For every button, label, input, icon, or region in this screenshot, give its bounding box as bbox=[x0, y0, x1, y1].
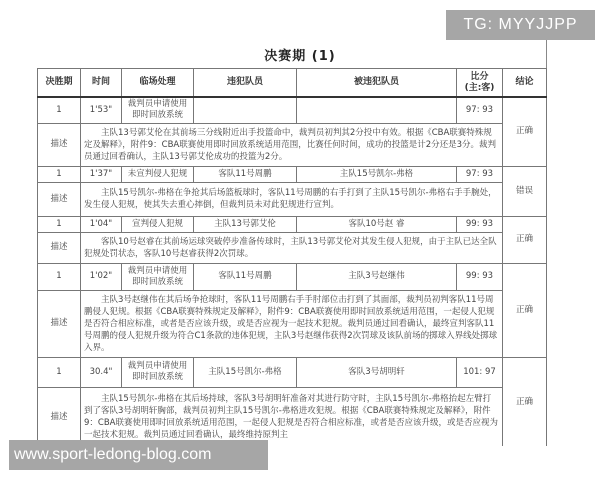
col-header-action: 临场处理 bbox=[122, 69, 194, 98]
description-row: 描述 客队10号赵睿在其前场运球突破停步准备传球时，主队13号郭艾伦对其发生侵人… bbox=[38, 232, 547, 263]
table-header-row: 决胜期 时间 临场处理 违犯队员 被违犯队员 比分 (主:客) 结论 bbox=[38, 69, 547, 98]
cell-victim: 主队15号凯尔-弗格 bbox=[297, 166, 457, 182]
cell-action: 未宣判侵人犯规 bbox=[122, 166, 194, 182]
col-header-offender: 违犯队员 bbox=[194, 69, 297, 98]
description-label: 描述 bbox=[38, 290, 81, 357]
cell-action: 宣判侵人犯规 bbox=[122, 216, 194, 232]
description-label: 描述 bbox=[38, 387, 81, 447]
description-label: 描述 bbox=[38, 232, 81, 263]
cell-time: 1'04" bbox=[81, 216, 122, 232]
description-text: 主队15号凯尔-弗格在其后场持球，客队3号胡明轩准备对其进行防守时，主队15号凯… bbox=[81, 387, 503, 447]
cell-action: 裁判员申请使用即时回放系统 bbox=[122, 357, 194, 387]
cell-score: 97: 93 bbox=[457, 166, 503, 182]
cell-conclusion: 正确 bbox=[503, 97, 547, 166]
table-row: 1 1'02" 裁判员申请使用即时回放系统 客队11号周鹏 主队3号赵继伟 99… bbox=[38, 263, 547, 290]
cell-offender: 主队13号郭艾伦 bbox=[194, 216, 297, 232]
table-row: 1 1'53" 裁判员申请使用即时回放系统 97: 93 正确 bbox=[38, 97, 547, 123]
description-label: 描述 bbox=[38, 123, 81, 166]
cell-conclusion: 错误 bbox=[503, 166, 547, 216]
cell-victim: 客队3号胡明轩 bbox=[297, 357, 457, 387]
cell-victim: 主队3号赵继伟 bbox=[297, 263, 457, 290]
description-row: 描述 主队13号郭艾伦在其前场三分线附近出手投篮命中，裁判员初判其2分投中有效。… bbox=[38, 123, 547, 166]
col-header-score: 比分 (主:客) bbox=[457, 69, 503, 98]
table-row: 1 30.4" 裁判员申请使用即时回放系统 主队15号凯尔-弗格 客队3号胡明轩… bbox=[38, 357, 547, 387]
cell-time: 1'37" bbox=[81, 166, 122, 182]
col-header-victim: 被违犯队员 bbox=[297, 69, 457, 98]
cell-conclusion: 正确 bbox=[503, 216, 547, 263]
table-row: 1 1'37" 未宣判侵人犯规 客队11号周鹏 主队15号凯尔-弗格 97: 9… bbox=[38, 166, 547, 182]
cell-offender: 客队11号周鹏 bbox=[194, 263, 297, 290]
description-label: 描述 bbox=[38, 182, 81, 216]
cell-score: 99: 93 bbox=[457, 263, 503, 290]
description-text: 主队13号郭艾伦在其前场三分线附近出手投篮命中，裁判员初判其2分投中有效。根据《… bbox=[81, 123, 503, 166]
watermark-tg: TG: MYYJJPP bbox=[446, 10, 595, 40]
cell-offender bbox=[194, 97, 297, 123]
cell-time: 1'53" bbox=[81, 97, 122, 123]
description-row: 描述 主队15号凯尔-弗格在争抢其后场篮板球时，客队11号周鹏的右手打到了主队1… bbox=[38, 182, 547, 216]
cell-time: 1'02" bbox=[81, 263, 122, 290]
col-header-period: 决胜期 bbox=[38, 69, 81, 98]
cell-action: 裁判员申请使用即时回放系统 bbox=[122, 263, 194, 290]
cell-score: 99: 93 bbox=[457, 216, 503, 232]
cell-offender: 客队11号周鹏 bbox=[194, 166, 297, 182]
col-header-conclusion: 结论 bbox=[503, 69, 547, 98]
cell-score: 101: 97 bbox=[457, 357, 503, 387]
cell-time: 30.4" bbox=[81, 357, 122, 387]
cell-period: 1 bbox=[38, 357, 81, 387]
watermark-url: www.sport-ledong-blog.com bbox=[9, 440, 268, 470]
cell-period: 1 bbox=[38, 263, 81, 290]
score-header-line1: 比分 bbox=[459, 72, 500, 83]
cell-victim: 客队10号赵 睿 bbox=[297, 216, 457, 232]
cell-conclusion: 正确 bbox=[503, 263, 547, 357]
cell-period: 1 bbox=[38, 97, 81, 123]
description-row: 描述 主队15号凯尔-弗格在其后场持球，客队3号胡明轩准备对其进行防守时，主队1… bbox=[38, 387, 547, 447]
cell-period: 1 bbox=[38, 166, 81, 182]
cell-period: 1 bbox=[38, 216, 81, 232]
cell-action: 裁判员申请使用即时回放系统 bbox=[122, 97, 194, 123]
col-header-time: 时间 bbox=[81, 69, 122, 98]
description-text: 主队3号赵继伟在其后场争抢球时，客队11号周鹏右手手肘部位击打到了其面部，裁判员… bbox=[81, 290, 503, 357]
description-text: 客队10号赵睿在其前场运球突破停步准备传球时，主队13号郭艾伦对其发生侵人犯规，… bbox=[81, 232, 503, 263]
score-header-line2: (主:客) bbox=[459, 83, 500, 94]
description-text: 主队15号凯尔-弗格在争抢其后场篮板球时，客队11号周鹏的右手打到了主队15号凯… bbox=[81, 182, 503, 216]
table-row: 1 1'04" 宣判侵人犯规 主队13号郭艾伦 客队10号赵 睿 99: 93 … bbox=[38, 216, 547, 232]
cell-conclusion: 正确 bbox=[503, 357, 547, 447]
cell-victim bbox=[297, 97, 457, 123]
cell-offender: 主队15号凯尔-弗格 bbox=[194, 357, 297, 387]
table-title: 决赛期 (1) bbox=[0, 45, 600, 64]
penalty-review-table: 决胜期 时间 临场处理 违犯队员 被违犯队员 比分 (主:客) 结论 1 1'5… bbox=[37, 68, 547, 448]
description-row: 描述 主队3号赵继伟在其后场争抢球时，客队11号周鹏右手手肘部位击打到了其面部，… bbox=[38, 290, 547, 357]
cell-score: 97: 93 bbox=[457, 97, 503, 123]
